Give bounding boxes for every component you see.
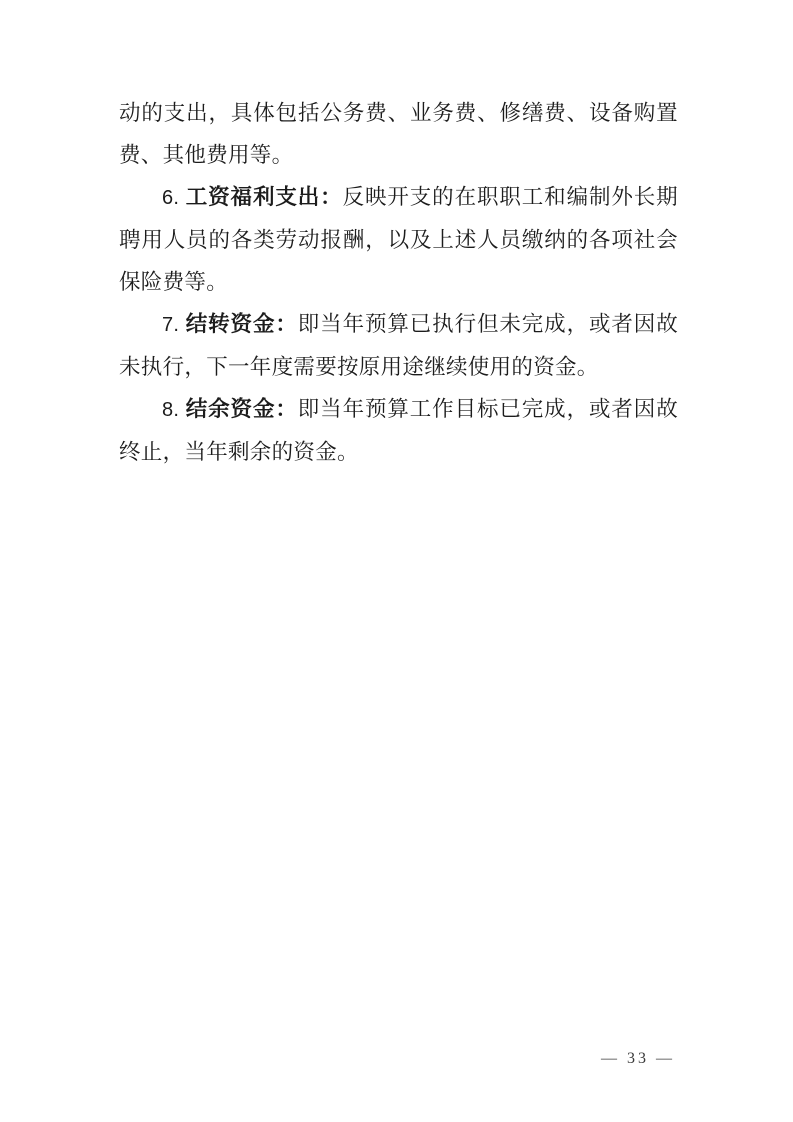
page-footer: — 33 — (601, 1050, 675, 1068)
term-label: 结转资金： (186, 312, 298, 336)
paragraph-continuation: 动的支出，具体包括公务费、业务费、修缮费、设备购置费、其他费用等。 (119, 92, 678, 176)
paragraph-item-6: 6. 工资福利支出：反映开支的在职职工和编制外长期聘用人员的各类劳动报酬，以及上… (119, 176, 678, 303)
paragraph-item-8: 8. 结余资金：即当年预算工作目标已完成，或者因故终止，当年剩余的资金。 (119, 388, 678, 473)
list-number: 7. (162, 314, 186, 336)
document-body: 动的支出，具体包括公务费、业务费、修缮费、设备购置费、其他费用等。 6. 工资福… (119, 92, 678, 473)
list-number: 8. (162, 399, 186, 421)
document-page: 动的支出，具体包括公务费、业务费、修缮费、设备购置费、其他费用等。 6. 工资福… (0, 0, 793, 1122)
paragraph-item-7: 7. 结转资金：即当年预算已执行但未完成，或者因故未执行，下一年度需要按原用途继… (119, 303, 678, 388)
term-label: 结余资金： (186, 397, 298, 421)
page-number: — 33 — (601, 1050, 675, 1067)
paragraph-text: 动的支出，具体包括公务费、业务费、修缮费、设备购置费、其他费用等。 (119, 101, 678, 167)
term-label: 工资福利支出： (186, 185, 343, 209)
list-number: 6. (162, 187, 186, 209)
